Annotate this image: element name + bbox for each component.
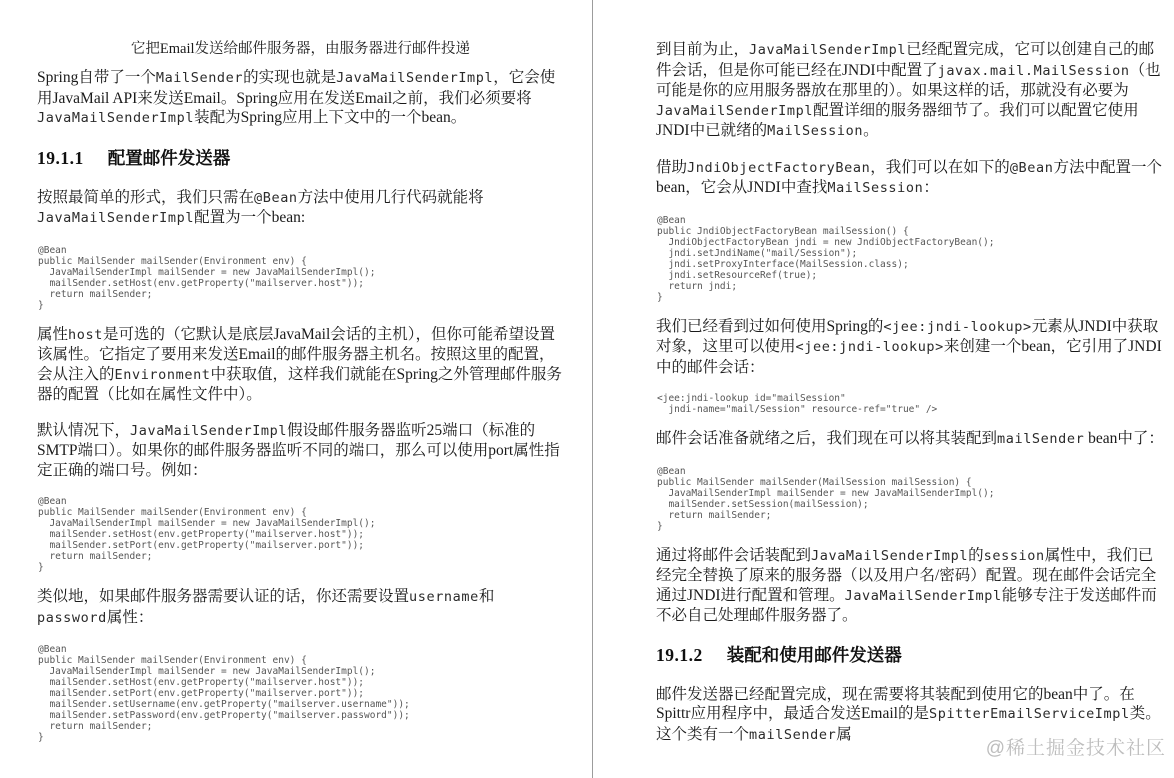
text-segment: ： bbox=[923, 179, 939, 196]
text-segment: ，我们可以在如下的 bbox=[870, 159, 1010, 176]
paragraph: 通过将邮件会话装配到JavaMailSenderImpl的session属性中，… bbox=[656, 546, 1164, 626]
inline-code: JndiObjectFactoryBean bbox=[687, 160, 870, 176]
inline-code: MailSession bbox=[767, 123, 863, 139]
inline-code: <jee:jndi-lookup> bbox=[796, 339, 944, 355]
inline-code: mailSender bbox=[749, 727, 836, 743]
header-note: 它把Email发送给邮件服务器，由服务器进行邮件投递 bbox=[37, 40, 564, 58]
paragraph: 邮件会话准备就绪之后，我们现在可以将其装配到mailSender bean中了： bbox=[656, 429, 1164, 450]
inline-code: javax.mail.MailSession bbox=[938, 63, 1130, 79]
inline-code: JavaMailSenderImpl bbox=[130, 423, 287, 439]
text-segment: 借助 bbox=[656, 159, 687, 176]
inline-code: JavaMailSenderImpl bbox=[336, 70, 493, 86]
inline-code: JavaMailSenderImpl bbox=[811, 548, 968, 564]
inline-code: password bbox=[37, 610, 107, 626]
text-segment: 。 bbox=[863, 122, 879, 139]
code-block: @Bean public MailSender mailSender(MailS… bbox=[657, 466, 1164, 532]
left-column: 它把Email发送给邮件服务器，由服务器进行邮件投递Spring自带了一个Mai… bbox=[37, 0, 564, 757]
text-segment: bean中了： bbox=[1084, 430, 1164, 447]
text-segment: 类似地，如果邮件服务器需要认证的话，你还需要设置 bbox=[37, 588, 409, 605]
section-number: 19.1.2 bbox=[656, 645, 703, 665]
text-segment: 到目前为止， bbox=[656, 41, 749, 58]
book-page: 它把Email发送给邮件服务器，由服务器进行邮件投递Spring自带了一个Mai… bbox=[0, 0, 1174, 778]
text-segment: 按照最简单的形式，我们只需在 bbox=[37, 189, 254, 206]
text-segment: 属性： bbox=[107, 609, 154, 626]
text-segment: 属 bbox=[836, 726, 852, 743]
inline-code: mailSender bbox=[997, 431, 1084, 447]
text-segment: 我们已经看到过如何使用Spring的 bbox=[656, 318, 883, 335]
section-number: 19.1.1 bbox=[37, 148, 84, 168]
section-title: 配置邮件发送器 bbox=[108, 148, 231, 168]
code-block: @Bean public MailSender mailSender(Envir… bbox=[38, 644, 564, 743]
inline-code: @Bean bbox=[1010, 160, 1054, 176]
code-block: @Bean public MailSender mailSender(Envir… bbox=[38, 496, 564, 573]
inline-code: <jee:jndi-lookup> bbox=[883, 319, 1031, 335]
paragraph: 借助JndiObjectFactoryBean，我们可以在如下的@Bean方法中… bbox=[656, 158, 1164, 199]
text-segment: 的实现也就是 bbox=[243, 69, 336, 86]
section-heading: 19.1.1配置邮件发送器 bbox=[37, 145, 564, 170]
paragraph: Spring自带了一个MailSender的实现也就是JavaMailSende… bbox=[37, 68, 564, 129]
inline-code: MailSession bbox=[827, 180, 923, 196]
inline-code: JavaMailSenderImpl bbox=[37, 110, 194, 126]
inline-code: SpitterEmailServiceImpl bbox=[929, 706, 1130, 722]
inline-code: JavaMailSenderImpl bbox=[749, 42, 906, 58]
code-block: @Bean public MailSender mailSender(Envir… bbox=[38, 245, 564, 311]
text-segment: 属性 bbox=[37, 326, 68, 343]
text-segment: 配置为一个bean: bbox=[194, 209, 305, 226]
inline-code: JavaMailSenderImpl bbox=[845, 588, 1002, 604]
paragraph: 属性host是可选的（它默认是底层JavaMail会话的主机），但你可能希望设置… bbox=[37, 325, 564, 405]
text-segment: 默认情况下， bbox=[37, 422, 130, 439]
paragraph: 我们已经看到过如何使用Spring的<jee:jndi-lookup>元素从JN… bbox=[656, 317, 1164, 378]
watermark: @稀土掘金技术社区 bbox=[986, 733, 1166, 760]
inline-code: session bbox=[984, 548, 1045, 564]
paragraph: 到目前为止，JavaMailSenderImpl已经配置完成，它可以创建自己的邮… bbox=[656, 40, 1164, 142]
section-heading: 19.1.2装配和使用邮件发送器 bbox=[656, 642, 1164, 667]
inline-code: username bbox=[409, 589, 479, 605]
text-segment: Spring自带了一个 bbox=[37, 69, 156, 86]
code-block: <jee:jndi-lookup id="mailSession" jndi-n… bbox=[657, 393, 1164, 415]
inline-code: MailSender bbox=[156, 70, 243, 86]
text-segment: 通过将邮件会话装配到 bbox=[656, 547, 811, 564]
paragraph: 默认情况下，JavaMailSenderImpl假设邮件服务器监听25端口（标准… bbox=[37, 421, 564, 481]
text-segment: 方法中使用几行代码就能将 bbox=[298, 189, 484, 206]
text-segment: 装配为Spring应用上下文中的一个bean。 bbox=[194, 109, 466, 126]
section-title: 装配和使用邮件发送器 bbox=[727, 645, 902, 665]
paragraph: 按照最简单的形式，我们只需在@Bean方法中使用几行代码就能将JavaMailS… bbox=[37, 188, 564, 229]
inline-code: @Bean bbox=[254, 190, 298, 206]
inline-code: JavaMailSenderImpl bbox=[37, 210, 194, 226]
paragraph: 类似地，如果邮件服务器需要认证的话，你还需要设置username和passwor… bbox=[37, 587, 564, 628]
text-segment: 和 bbox=[479, 588, 495, 605]
column-divider bbox=[592, 0, 593, 778]
inline-code: Environment bbox=[115, 367, 211, 383]
code-block: @Bean public JndiObjectFactoryBean mailS… bbox=[657, 215, 1164, 303]
right-column: 到目前为止，JavaMailSenderImpl已经配置完成，它可以创建自己的邮… bbox=[656, 0, 1164, 761]
text-segment: 邮件会话准备就绪之后，我们现在可以将其装配到 bbox=[656, 430, 997, 447]
inline-code: JavaMailSenderImpl bbox=[656, 103, 813, 119]
text-segment: 的 bbox=[968, 547, 984, 564]
inline-code: host bbox=[68, 327, 103, 343]
